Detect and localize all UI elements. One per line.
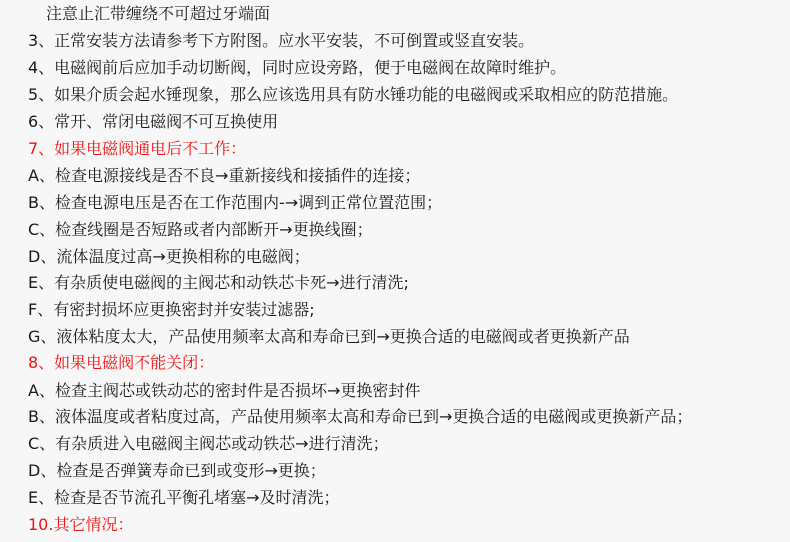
list-item-8d: D、检查是否弹簧寿命已到或变形→更换； [28, 457, 326, 484]
note-line: 注意止汇带缠绕不可超过牙端面 [46, 0, 270, 27]
list-item-3: 3、正常安装方法请参考下方附图。应水平安装，不可倒置或竖直安装。 [28, 27, 534, 54]
list-item-7a: A、检查电源接线是否不良→重新接线和接插件的连接； [28, 162, 420, 189]
list-item-7b: B、检查电源电压是否在工作范围内-→调到正常位置范围； [28, 189, 442, 216]
list-item-7c: C、检查线圈是否短路或者内部断开→更换线圈； [28, 216, 373, 243]
list-item-8a: A、检查主阀芯或铁动芯的密封件是否损坏→更换密封件 [28, 377, 420, 404]
list-item-6: 6、常开、常闭电磁阀不可互换使用 [28, 108, 278, 135]
section-heading-8: 8、如果电磁阀不能关闭： [28, 349, 214, 376]
list-item-8b: B、液体温度或者粘度过高，产品使用频率太高和寿命已到→更换合适的电磁阀或更换新产… [28, 403, 692, 430]
list-item-8c: C、有杂质进入电磁阀主阀芯或动铁芯→进行清洗； [28, 430, 389, 457]
section-heading-7: 7、如果电磁阀通电后不工作： [28, 135, 246, 162]
list-item-7d: D、流体温度过高→更换相称的电磁阀； [28, 243, 310, 270]
list-item-5: 5、如果介质会起水锤现象，那么应该选用具有防水锤功能的电磁阀或采取相应的防范措施… [28, 81, 678, 108]
list-item-7f: F、有密封损坏应更换密封并安装过滤器; [28, 296, 315, 323]
list-item-4: 4、电磁阀前后应加手动切断阀，同时应设旁路，便于电磁阀在故障时维护。 [28, 54, 566, 81]
list-item-7e: E、有杂质使电磁阀的主阀芯和动铁芯卡死→进行清洗; [28, 269, 409, 296]
section-heading-10: 10.其它情况： [28, 511, 133, 538]
list-item-8e: E、检查是否节流孔平衡孔堵塞→及时清洗； [28, 484, 340, 511]
list-item-7g: G、液体粘度太大，产品使用频率太高和寿命已到→更换合适的电磁阀或者更换新产品 [28, 323, 630, 350]
